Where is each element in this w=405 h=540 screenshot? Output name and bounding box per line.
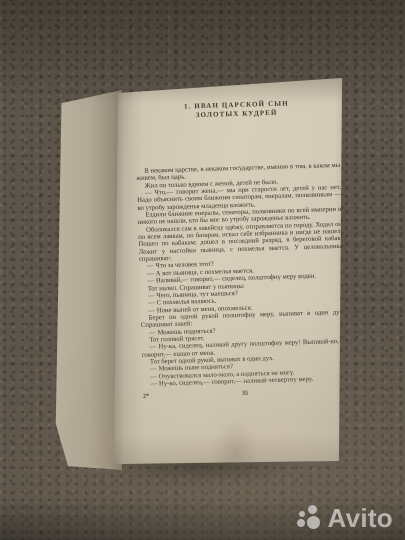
signature-mark: 2* (143, 393, 150, 400)
paragraph: Оболокался сам в лакейску одёжу, отправл… (138, 221, 343, 264)
right-page: 1. ИВАН ЦАРСКОЙ СЫН ЗОЛОТЫХ КУДРЕЙ В нек… (110, 70, 352, 470)
page-content: 1. ИВАН ЦАРСКОЙ СЫН ЗОЛОТЫХ КУДРЕЙ В нек… (134, 88, 347, 402)
page-text: В некаком царстве, в некаком государстве… (136, 162, 346, 388)
page-footer: 2* 35 (143, 387, 347, 402)
avito-watermark: Avito (296, 505, 393, 531)
page-heading: 1. ИВАН ЦАРСКОЙ СЫН ЗОЛОТЫХ КУДРЕЙ (134, 98, 338, 122)
left-page (50, 85, 122, 470)
photo-background: 1. ИВАН ЦАРСКОЙ СЫН ЗОЛОТЫХ КУДРЕЙ В нек… (0, 0, 405, 540)
avito-wordmark: Avito (327, 505, 393, 531)
page-number: 35 (242, 390, 249, 397)
avito-logo-icon (296, 505, 322, 531)
